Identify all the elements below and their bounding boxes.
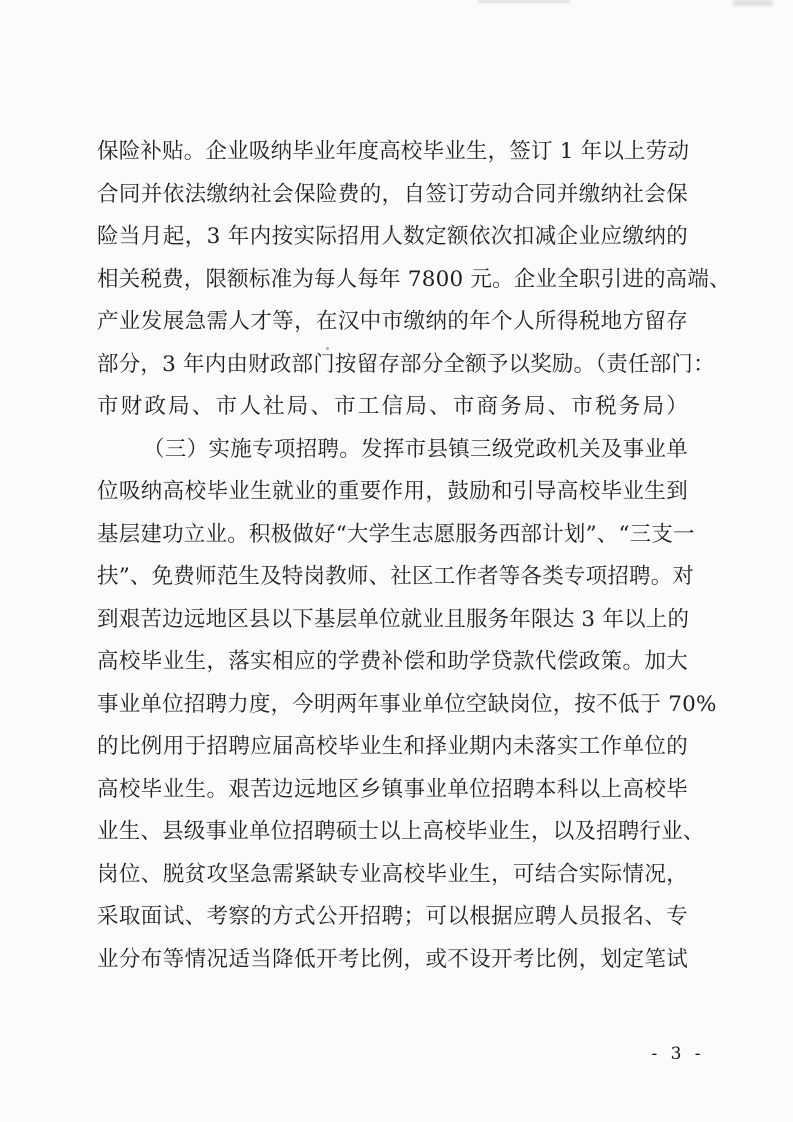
- text-line: 市财政局、市人社局、市工信局、市商务局、市税务局）: [97, 386, 688, 429]
- scan-artifact: [733, 0, 773, 6]
- text-line: 位吸纳高校毕业生就业的重要作用，鼓励和引导高校毕业生到: [97, 471, 688, 514]
- text-line: 险当月起，3 年内按实际招用人数定额依次扣减企业应缴纳的: [97, 216, 688, 259]
- text-line: 高校毕业生，落实相应的学费补偿和助学贷款代偿政策。加大: [97, 641, 688, 684]
- text-line: 的比例用于招聘应届高校毕业生和择业期内未落实工作单位的: [97, 726, 688, 769]
- text-line: 到艰苦边远地区县以下基层单位就业且服务年限达 3 年以上的: [97, 599, 688, 642]
- text-line: 业分布等情况适当降低开考比例，或不设开考比例，划定笔试: [97, 939, 688, 982]
- text-line: 高校毕业生。艰苦边远地区乡镇事业单位招聘本科以上高校毕: [97, 769, 688, 812]
- text-line: 部分，3 年内由财政部门按留存部分全额予以奖励。（责任部门：: [97, 344, 688, 387]
- text-line: 产业发展急需人才等，在汉中市缴纳的年个人所得税地方留存: [97, 301, 688, 344]
- text-line: 合同并依法缴纳社会保险费的，自签订劳动合同并缴纳社会保: [97, 174, 688, 217]
- text-line: 保险补贴。企业吸纳毕业年度高校毕业生，签订 1 年以上劳动: [97, 131, 688, 174]
- scan-artifact: [478, 0, 570, 3]
- text-line: 事业单位招聘力度，今明两年事业单位空缺岗位，按不低于 70%: [97, 684, 688, 727]
- document-body: 保险补贴。企业吸纳毕业年度高校毕业生，签订 1 年以上劳动 合同并依法缴纳社会保…: [97, 131, 688, 981]
- text-line: 扶”、免费师范生及特岗教师、社区工作者等各类专项招聘。对: [97, 556, 688, 599]
- page-number: - 3 -: [638, 1044, 718, 1064]
- paragraph-start-line: （三）实施专项招聘。发挥市县镇三级党政机关及事业单: [97, 429, 688, 472]
- text-line: 岗位、脱贫攻坚急需紧缺专业高校毕业生，可结合实际情况，: [97, 854, 688, 897]
- text-line: 基层建功立业。积极做好“大学生志愿服务西部计划”、“三支一: [97, 514, 688, 557]
- text-line: 业生、县级事业单位招聘硕士以上高校毕业生，以及招聘行业、: [97, 811, 688, 854]
- text-line: 采取面试、考察的方式公开招聘；可以根据应聘人员报名、专: [97, 896, 688, 939]
- scanned-document-page: 保险补贴。企业吸纳毕业年度高校毕业生，签订 1 年以上劳动 合同并依法缴纳社会保…: [0, 0, 793, 1122]
- text-line: 相关税费，限额标准为每人每年 7800 元。企业全职引进的高端、: [97, 259, 688, 302]
